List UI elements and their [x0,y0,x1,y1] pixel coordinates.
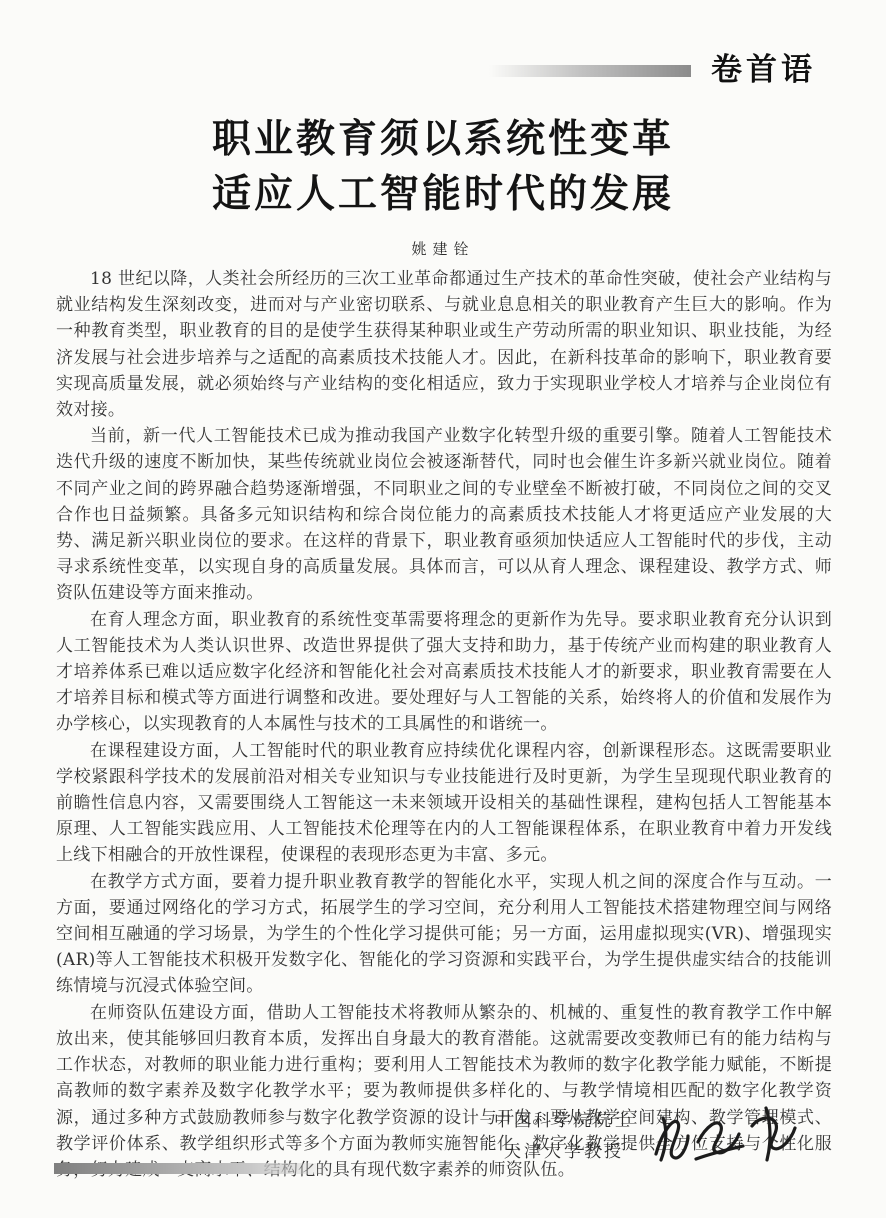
article-body: 18 世纪以降，人类社会所经历的三次工业革命都通过生产技术的革命性突破，使社会产… [56,266,832,1183]
author-name: 姚建铨 [0,238,886,259]
footer-gradient-bar [54,1163,335,1174]
signature-title-2: 天津大学教授 [494,1137,634,1168]
signature-title-1: 中国科学院院士 [494,1106,634,1137]
header-gradient-bar [489,65,691,77]
article-title-line-1: 职业教育须以系统性变革 [212,116,674,162]
article-title-line-2: 适应人工智能时代的发展 [212,171,674,217]
section-label: 卷首语 [711,44,816,89]
signature-titles: 中国科学院院士 天津大学教授 [494,1106,634,1168]
magazine-preface-page: 卷首语 职业教育须以系统性变革适应人工智能时代的发展 姚建铨 18 世纪以降，人… [0,0,886,1218]
page-header: 卷首语 [489,44,816,89]
paragraph-4: 在课程建设方面，人工智能时代的职业教育应持续优化课程内容，创新课程形态。这既需要… [56,738,832,869]
paragraph-5: 在教学方式方面，要着力提升职业教育教学的智能化水平，实现人机之间的深度合作与互动… [56,869,832,1000]
article-title: 职业教育须以系统性变革适应人工智能时代的发展 [0,112,886,222]
signature-block: 中国科学院院士 天津大学教授 [494,1096,800,1178]
handwritten-signature [640,1096,800,1178]
paragraph-1: 18 世纪以降，人类社会所经历的三次工业革命都通过生产技术的革命性突破，使社会产… [56,266,832,423]
paragraph-3: 在育人理念方面，职业教育的系统性变革需要将理念的更新作为先导。要求职业教育充分认… [56,607,832,738]
paragraph-2: 当前，新一代人工智能技术已成为推动我国产业数字化转型升级的重要引擎。随着人工智能… [56,423,832,606]
